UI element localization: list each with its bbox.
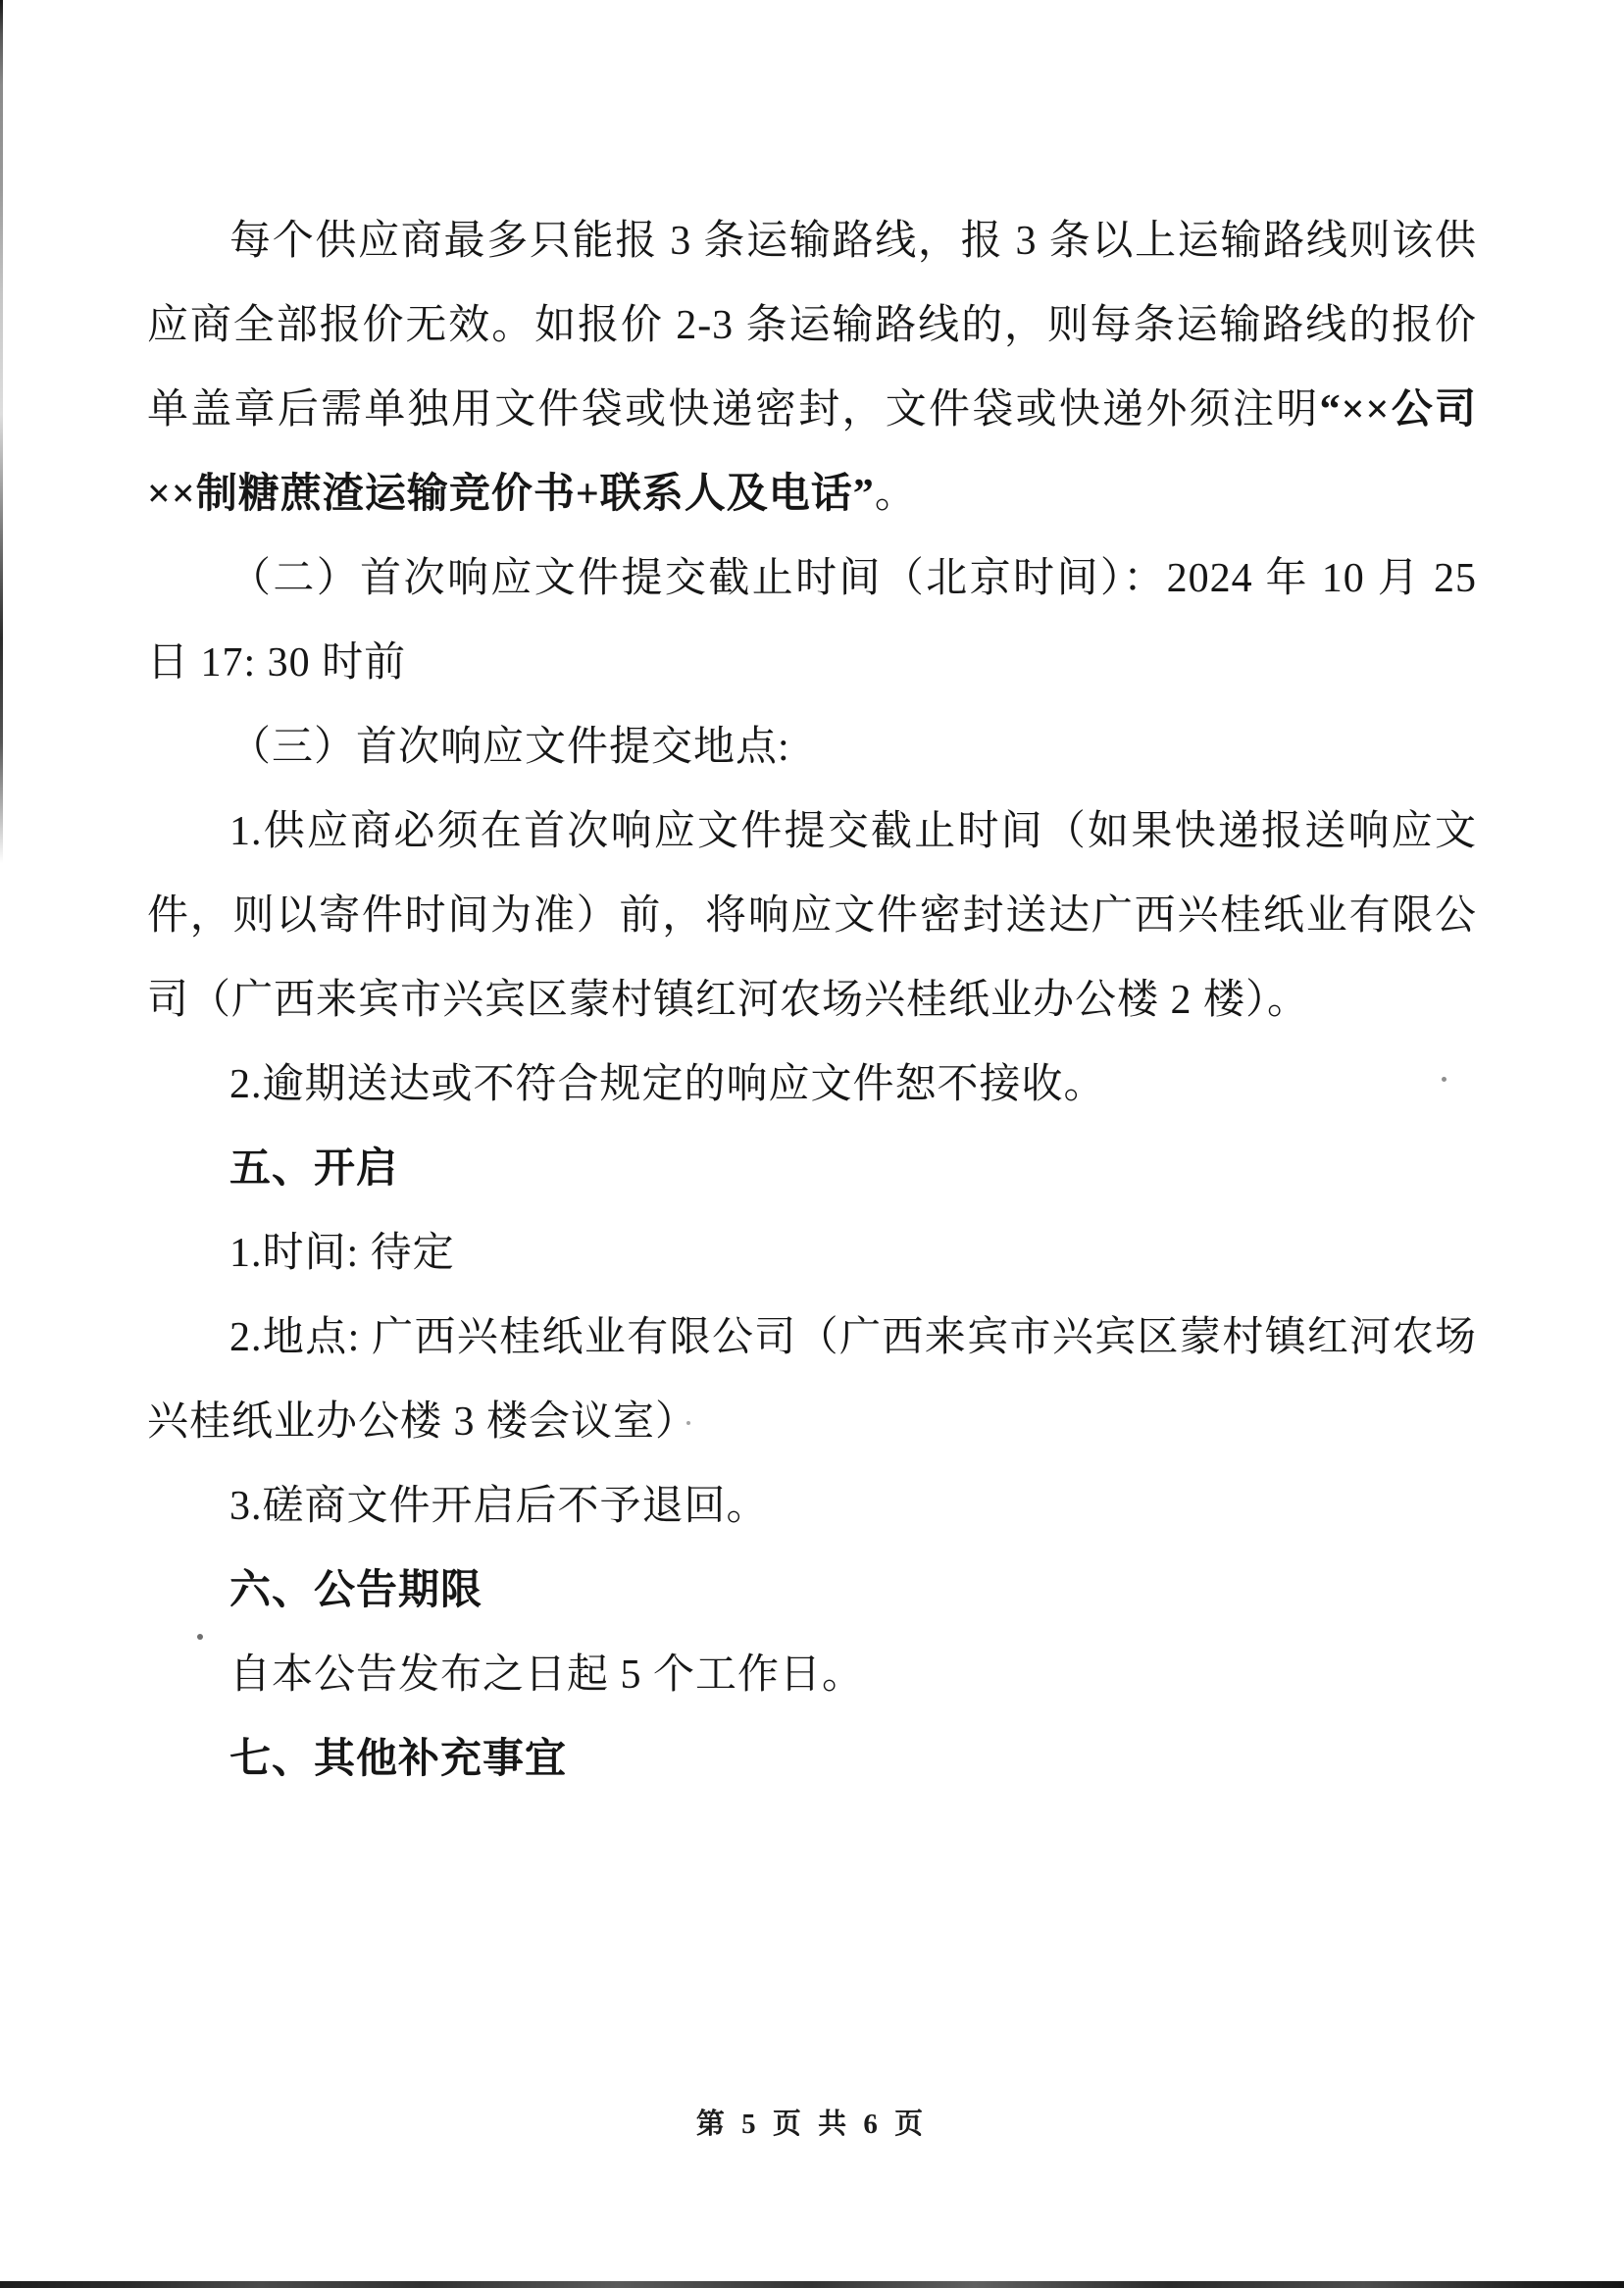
document-page: 每个供应商最多只能报 3 条运输路线，报 3 条以上运输路线则该供应商全部报价无…	[0, 0, 1624, 2288]
text-run: 。	[875, 472, 917, 517]
text-run: 1.时间: 待定	[229, 1231, 455, 1276]
text-run: （三）首次响应文件提交地点:	[229, 725, 790, 770]
paragraph: 1.供应商必须在首次响应文件提交截止时间（如果快递报送响应文件，则以寄件时间为准…	[147, 789, 1477, 1042]
paragraph: 每个供应商最多只能报 3 条运输路线，报 3 条以上运输路线则该供应商全部报价无…	[147, 199, 1477, 536]
scan-artifact-bottom-edge	[0, 2281, 1624, 2288]
bold-text-run: 七、其他补充事宜	[229, 1737, 567, 1782]
section-heading: 七、其他补充事宜	[147, 1717, 1477, 1802]
section-heading: 五、开启	[147, 1127, 1477, 1211]
text-run: 1.供应商必须在首次响应文件提交截止时间（如果快递报送响应文件，则以寄件时间为准…	[147, 809, 1477, 1023]
scan-speck	[1442, 1077, 1446, 1082]
text-run: 自本公告发布之日起 5 个工作日。	[229, 1652, 864, 1698]
text-run: 3.磋商文件开启后不予退回。	[229, 1484, 769, 1529]
paragraph: 1.时间: 待定	[147, 1211, 1477, 1296]
bold-text-run: 六、公告期限	[229, 1568, 482, 1613]
scanned-document-screenshot: { "document": { "blocks": [ { "type": "p…	[0, 0, 1624, 2288]
text-run: 每个供应商最多只能报 3 条运输路线，报 3 条以上运输路线则该供应商全部报价无…	[147, 219, 1477, 432]
text-run: 2.逾期送达或不符合规定的响应文件恕不接收。	[229, 1062, 1106, 1107]
paragraph: 3.磋商文件开启后不予退回。	[147, 1464, 1477, 1549]
bold-text-run: 五、开启	[229, 1146, 398, 1192]
paragraph: 自本公告发布之日起 5 个工作日。	[147, 1633, 1477, 1717]
section-heading: 六、公告期限	[147, 1549, 1477, 1633]
text-run: （二）首次响应文件提交截止时间（北京时间）：2024 年 10 月 25 日 1…	[147, 556, 1477, 686]
document-body: 每个供应商最多只能报 3 条运输路线，报 3 条以上运输路线则该供应商全部报价无…	[147, 199, 1477, 1802]
paragraph: 2.逾期送达或不符合规定的响应文件恕不接收。	[147, 1042, 1477, 1127]
scan-artifact-left-edge	[0, 0, 3, 863]
text-run: 2.地点: 广西兴桂纸业有限公司（广西来宾市兴宾区蒙村镇红河农场兴桂纸业办公楼 …	[147, 1315, 1477, 1445]
page-number-footer: 第 5 页 共 6 页	[0, 2102, 1624, 2142]
paragraph: （二）首次响应文件提交截止时间（北京时间）：2024 年 10 月 25 日 1…	[147, 536, 1477, 705]
scan-speck	[686, 1421, 690, 1425]
paragraph: 2.地点: 广西兴桂纸业有限公司（广西来宾市兴宾区蒙村镇红河农场兴桂纸业办公楼 …	[147, 1296, 1477, 1464]
scan-speck	[197, 1634, 203, 1640]
paragraph: （三）首次响应文件提交地点:	[147, 705, 1477, 789]
